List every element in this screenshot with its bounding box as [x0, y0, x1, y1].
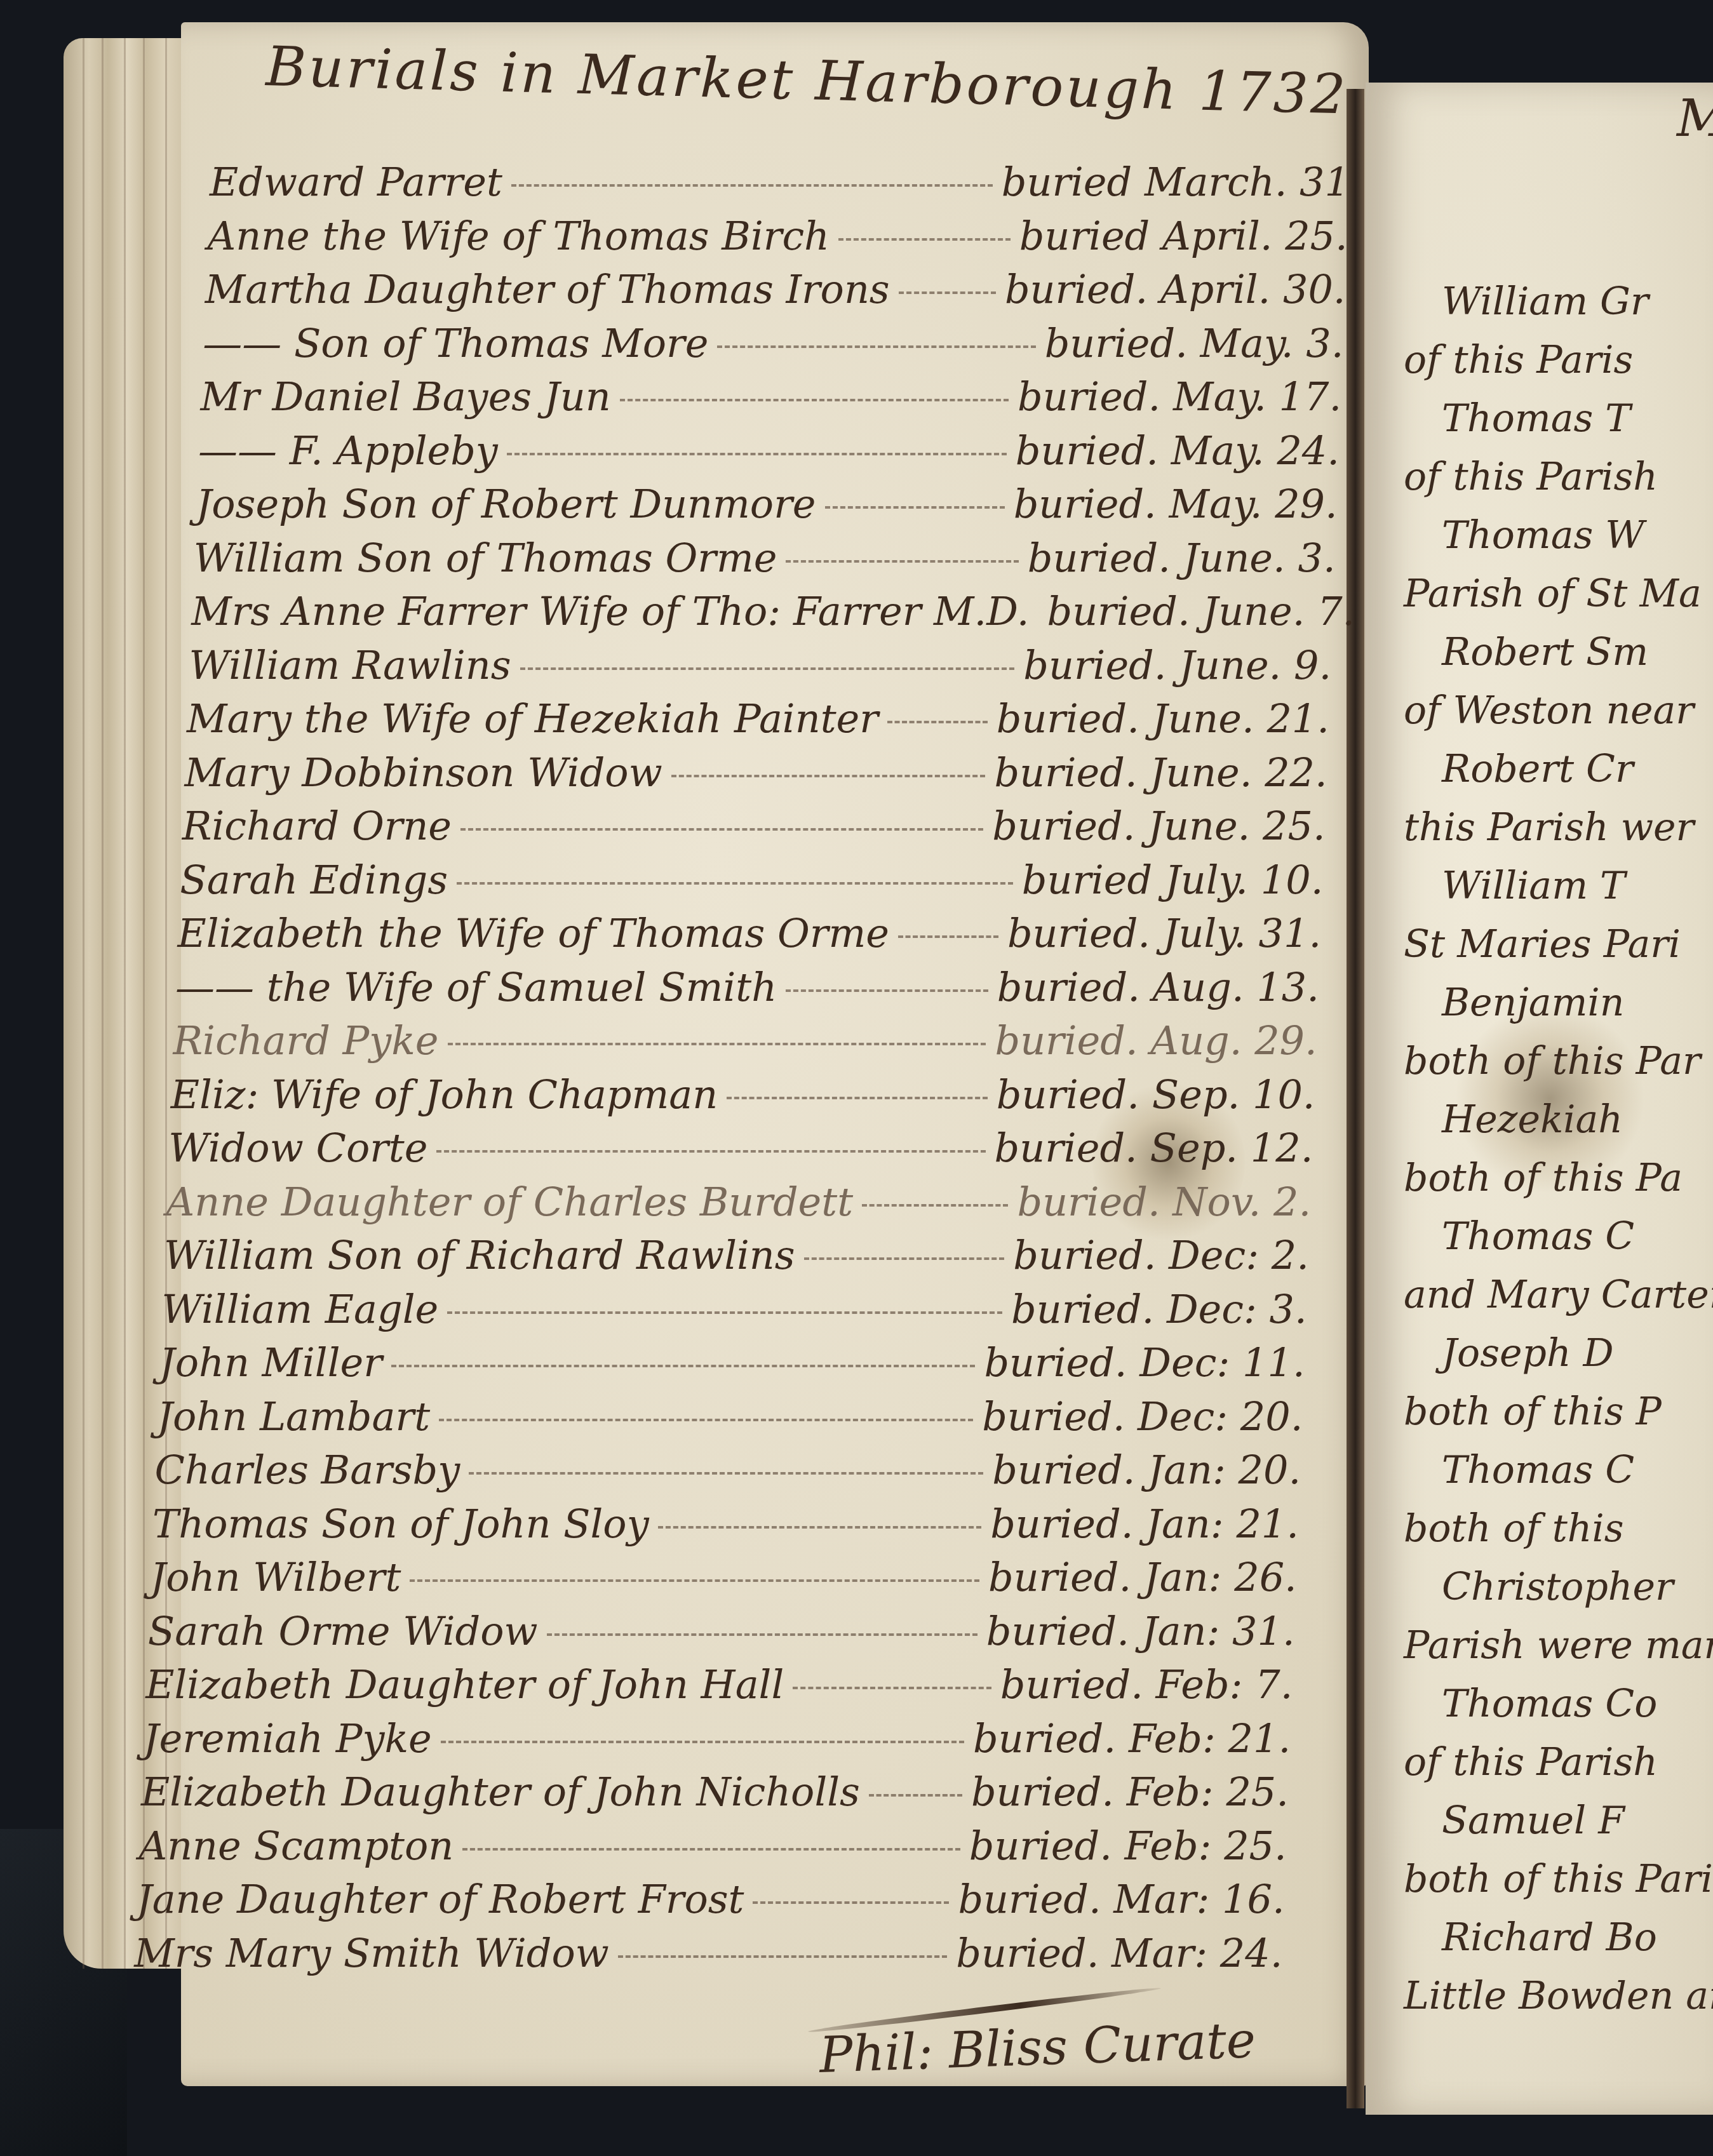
burial-date: buried. July. 31. — [1007, 910, 1321, 956]
burial-date: buried. June. 9. — [1023, 642, 1331, 688]
burial-date: buried. Dec: 2. — [1013, 1232, 1309, 1278]
leader-dashes — [671, 775, 986, 777]
deceased-name: Charles Barsby — [155, 1447, 460, 1493]
burial-date: buried. May. 24. — [1016, 427, 1340, 474]
leader-dashes — [804, 1257, 1005, 1260]
deceased-name: Jane Daughter of Robert Frost — [137, 1876, 744, 1922]
burial-date: buried. June. 22. — [994, 749, 1327, 796]
marriage-entry-line: Thomas Co — [1442, 1682, 1657, 1726]
deceased-name: Widow Corte — [168, 1125, 427, 1171]
burial-date: buried. May. 29. — [1014, 481, 1338, 527]
leader-dashes — [460, 828, 983, 831]
marriage-entry-line: Robert Cr — [1442, 747, 1634, 791]
leader-dashes — [620, 399, 1009, 401]
leader-dashes — [520, 667, 1015, 670]
burial-entry: Thomas Son of John Sloyburied. Jan: 21. — [152, 1501, 1299, 1547]
burial-date: buried. Dec: 11. — [984, 1339, 1305, 1386]
leader-dashes — [439, 1419, 973, 1421]
marriage-entry-line: Thomas W — [1442, 513, 1644, 558]
burial-entry: Sarah Edingsburied July. 10. — [180, 857, 1323, 903]
deceased-name: John Wilbert — [150, 1554, 401, 1600]
burial-date: buried. June. 3. — [1028, 535, 1336, 581]
burial-date: buried. Dec: 20. — [982, 1393, 1303, 1440]
marriage-entry-line: William Gr — [1442, 279, 1649, 324]
burial-date: buried. Jan: 21. — [990, 1501, 1299, 1547]
deceased-name: —— the Wife of Samuel Smith — [175, 964, 777, 1010]
burial-date: buried. May. 17. — [1018, 373, 1341, 420]
deceased-name: Elizabeth Daughter of John Hall — [145, 1661, 784, 1708]
burial-entry: Richard Orneburied. June. 25. — [182, 803, 1326, 849]
deceased-name: Elizabeth the Wife of Thomas Orme — [178, 910, 889, 956]
leader-dashes — [793, 1687, 991, 1689]
deceased-name: Richard Orne — [182, 803, 452, 849]
leader-dashes — [899, 291, 996, 294]
burial-entry: Elizabeth Daughter of John Nichollsburie… — [141, 1769, 1289, 1815]
burial-entry: John Lambartburied. Dec: 20. — [157, 1393, 1303, 1440]
burial-entry: John Wilbertburied. Jan: 26. — [150, 1554, 1296, 1600]
burial-entry: Edward Parretburied March. 31 — [210, 159, 1350, 205]
marriage-entry-line: both of this — [1404, 1506, 1624, 1551]
burial-date: buried. June. 7. — [1047, 588, 1355, 634]
burial-entry: —— F. Applebyburied. May. 24. — [198, 427, 1340, 474]
burial-date: buried. Sep. 12. — [995, 1125, 1313, 1171]
burial-date: buried. Mar: 24. — [956, 1930, 1282, 1976]
deceased-name: Sarah Edings — [180, 857, 448, 903]
burial-entry: Mary Dobbinson Widowburied. June. 22. — [184, 749, 1327, 796]
deceased-name: Joseph Son of Robert Dunmore — [196, 481, 816, 527]
burial-entry: Mary the Wife of Hezekiah Painterburied.… — [187, 695, 1329, 742]
leader-dashes — [786, 989, 988, 992]
marriage-entry-line: both of this Pari — [1404, 1857, 1713, 1901]
marriage-entry-line: Thomas C — [1442, 1448, 1634, 1492]
marriage-entry-line: Little Bowden and — [1404, 1974, 1713, 2018]
deceased-name: Sarah Orme Widow — [148, 1608, 538, 1654]
leader-dashes — [658, 1526, 981, 1529]
deceased-name: Eliz: Wife of John Chapman — [171, 1071, 718, 1118]
leader-dashes — [869, 1794, 962, 1797]
burial-entry: Mr Daniel Bayes Junburied. May. 17. — [201, 373, 1342, 420]
deceased-name: Anne Scampton — [138, 1823, 453, 1869]
deceased-name: Anne Daughter of Charles Burdett — [166, 1179, 854, 1225]
burial-date: buried. Mar: 16. — [958, 1876, 1284, 1922]
burial-date: buried. Aug. 13. — [997, 964, 1319, 1010]
deceased-name: Richard Pyke — [173, 1017, 438, 1064]
manuscript-photo: Burials in Market Harborough 1732 Edward… — [0, 0, 1713, 2156]
deceased-name: Mary the Wife of Hezekiah Painter — [187, 695, 878, 742]
leader-dashes — [441, 1741, 964, 1743]
marriage-entry-line: Parish of St Ma — [1404, 572, 1702, 616]
burial-date: buried. Aug. 29. — [995, 1017, 1317, 1064]
burial-date: buried. Jan: 31. — [986, 1608, 1295, 1654]
burial-entry: Richard Pykeburied. Aug. 29. — [173, 1017, 1317, 1064]
burial-date: buried. May. 3. — [1045, 320, 1344, 366]
burial-entry: Anne the Wife of Thomas Birchburied Apri… — [207, 213, 1347, 259]
burial-date: buried. April. 30. — [1005, 266, 1346, 312]
burial-entry: John Millerburied. Dec: 11. — [159, 1339, 1305, 1386]
page-edge-line — [83, 38, 84, 1969]
marriage-entry-line: Joseph D — [1442, 1331, 1614, 1376]
deceased-name: —— Son of Thomas More — [203, 320, 708, 366]
leader-dashes — [448, 1043, 986, 1045]
burial-date: buried. Jan: 26. — [988, 1554, 1297, 1600]
deceased-name: William Rawlins — [189, 642, 511, 688]
leader-dashes — [618, 1955, 947, 1958]
burial-date: buried. Feb: 21. — [973, 1715, 1291, 1762]
burial-entry: Joseph Son of Robert Dunmoreburied. May.… — [196, 481, 1337, 527]
right-page-heading-fragment: M — [1677, 89, 1713, 148]
leader-dashes — [838, 238, 1011, 241]
leader-dashes — [457, 882, 1013, 885]
burial-entry: William Rawlinsburied. June. 9. — [189, 642, 1332, 688]
burial-entry: Mrs Mary Smith Widowburied. Mar: 24. — [134, 1930, 1282, 1976]
leader-dashes — [825, 506, 1005, 509]
leader-dashes — [862, 1204, 1008, 1207]
deceased-name: John Miller — [159, 1339, 382, 1386]
marriage-entry-line: both of this Par — [1404, 1039, 1701, 1083]
burial-date: buried July. 10. — [1022, 857, 1324, 903]
deceased-name: Edward Parret — [210, 159, 502, 205]
marriage-entry-line: Thomas T — [1442, 396, 1630, 441]
marriage-entry-line: of this Parish — [1404, 455, 1658, 499]
burial-date: buried April. 25. — [1019, 213, 1348, 259]
deceased-name: Thomas Son of John Sloy — [152, 1501, 649, 1547]
burial-entry: Anne Daughter of Charles Burdettburied. … — [166, 1179, 1312, 1225]
leader-dashes — [717, 345, 1035, 348]
deceased-name: Anne the Wife of Thomas Birch — [207, 213, 830, 259]
burial-entry: Widow Corteburied. Sep. 12. — [168, 1125, 1313, 1171]
marriage-entry-line: Thomas C — [1442, 1214, 1634, 1259]
marriage-entry-line: Parish were marri — [1404, 1623, 1713, 1668]
burial-date: buried. June. 25. — [992, 803, 1325, 849]
deceased-name: Jeremiah Pyke — [144, 1715, 432, 1762]
marriage-entry-line: Robert Sm — [1442, 630, 1648, 674]
burial-entry: Jane Daughter of Robert Frostburied. Mar… — [137, 1876, 1285, 1922]
leader-dashes — [786, 560, 1018, 563]
leader-dashes — [462, 1848, 960, 1851]
leader-dashes — [410, 1579, 979, 1582]
marriage-entry-line: Christopher — [1442, 1565, 1674, 1609]
marriage-entry-line: St Maries Pari — [1404, 922, 1681, 967]
leader-dashes — [511, 184, 993, 187]
page-edge-line — [124, 38, 126, 1969]
burial-date: buried. Feb: 25. — [969, 1823, 1287, 1869]
burial-entry: Mrs Anne Farrer Wife of Tho: Farrer M.D.… — [191, 588, 1333, 634]
burial-date: buried. Nov. 2. — [1017, 1179, 1311, 1225]
marriage-entry-line: Samuel F — [1442, 1798, 1625, 1843]
burial-entry: Sarah Orme Widowburied. Jan: 31. — [148, 1608, 1295, 1654]
leader-dashes — [887, 721, 988, 723]
burial-date: buried. Feb: 7. — [1000, 1661, 1293, 1708]
marriage-entry-line: of this Parish — [1404, 1740, 1658, 1784]
burial-entry: William Son of Thomas Ormeburied. June. … — [194, 535, 1336, 581]
deceased-name: Mr Daniel Bayes Jun — [201, 373, 611, 420]
burial-entry: Elizabeth the Wife of Thomas Ormeburied.… — [178, 910, 1322, 956]
burial-date: buried. Sep. 10. — [997, 1071, 1315, 1118]
deceased-name: John Lambart — [157, 1393, 430, 1440]
deceased-name: Mrs Mary Smith Widow — [134, 1930, 609, 1976]
deceased-name: William Eagle — [161, 1286, 438, 1332]
burial-entry: Jeremiah Pykeburied. Feb: 21. — [144, 1715, 1291, 1762]
deceased-name: —— F. Appleby — [198, 427, 498, 474]
marriage-entry-line: both of this Pa — [1404, 1156, 1683, 1200]
leader-dashes — [436, 1150, 985, 1153]
marriage-entry-line: and Mary Carter — [1404, 1273, 1713, 1317]
book-gutter — [1347, 89, 1364, 2108]
burial-entry: —— Son of Thomas Moreburied. May. 3. — [203, 320, 1343, 366]
marriage-entry-line: Richard Bo — [1442, 1915, 1657, 1960]
leader-dashes — [727, 1097, 988, 1099]
burial-entry: Eliz: Wife of John Chapmanburied. Sep. 1… — [171, 1071, 1315, 1118]
marriage-entry-line: this Parish wer — [1404, 805, 1694, 850]
marriage-entry-line: Hezekiah — [1442, 1097, 1623, 1142]
burial-date: buried March. 31 — [1002, 159, 1350, 205]
page-edge-line — [143, 38, 145, 1969]
page-edge-line — [102, 38, 104, 1969]
deceased-name: Mary Dobbinson Widow — [184, 749, 662, 796]
burial-entry: Charles Barsbyburied. Jan: 20. — [155, 1447, 1301, 1493]
burial-entry: William Son of Richard Rawlinsburied. De… — [164, 1232, 1309, 1278]
deceased-name: Elizabeth Daughter of John Nicholls — [141, 1769, 860, 1815]
leader-dashes — [469, 1472, 983, 1475]
marriage-entry-line: William T — [1442, 864, 1625, 908]
burial-entry: —— the Wife of Samuel Smithburied. Aug. … — [175, 964, 1319, 1010]
leader-dashes — [898, 935, 998, 938]
deceased-name: William Son of Richard Rawlins — [164, 1232, 795, 1278]
leader-dashes — [391, 1365, 976, 1367]
marriage-entry-line: of Weston near — [1404, 688, 1694, 733]
leader-dashes — [447, 1311, 1002, 1314]
burial-entry: Elizabeth Daughter of John Hallburied. F… — [145, 1661, 1293, 1708]
marriage-entry-line: Benjamin — [1442, 981, 1624, 1025]
burial-entry: William Eagleburied. Dec: 3. — [161, 1286, 1307, 1332]
marriage-entry-line: both of this P — [1404, 1389, 1662, 1434]
deceased-name: Martha Daughter of Thomas Irons — [205, 266, 890, 312]
leader-dashes — [753, 1901, 949, 1904]
burial-date: buried. Jan: 20. — [992, 1447, 1301, 1493]
leader-dashes — [507, 453, 1007, 455]
burial-entry: Anne Scamptonburied. Feb: 25. — [138, 1823, 1286, 1869]
burial-date: buried. Dec: 3. — [1011, 1286, 1307, 1332]
marriage-entry-line: of this Paris — [1404, 338, 1633, 382]
deceased-name: William Son of Thomas Orme — [194, 535, 777, 581]
burial-entry: Martha Daughter of Thomas Ironsburied. A… — [205, 266, 1346, 312]
leader-dashes — [547, 1633, 977, 1636]
deceased-name: Mrs Anne Farrer Wife of Tho: Farrer M.D. — [191, 588, 1029, 634]
burial-date: buried. Feb: 25. — [971, 1769, 1289, 1815]
burial-date: buried. June. 21. — [997, 695, 1329, 742]
